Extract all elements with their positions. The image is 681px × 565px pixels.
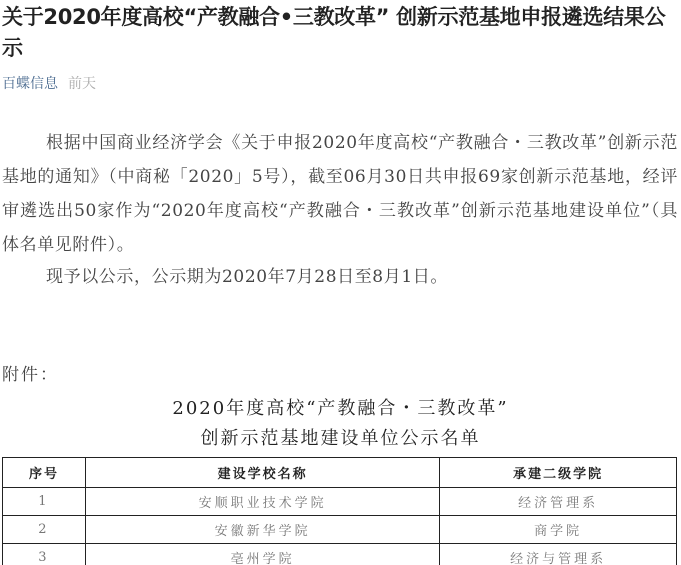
article-title: 关于2020年度高校“产教融合•三教改革” 创新示范基地申报遴选结果公示: [2, 2, 681, 64]
cell-school: 安徽新华学院: [85, 516, 439, 544]
cell-school: 安顺职业技术学院: [85, 488, 439, 516]
cell-college: 商学院: [440, 516, 677, 544]
roster-table: 序号 建设学校名称 承建二级学院 1 安顺职业技术学院 经济管理系 2 安徽新华…: [2, 457, 677, 565]
article-paragraph: 根据中国商业经济学会《关于申报2020年度高校“产教融合・三教改革”创新示范基地…: [2, 126, 678, 262]
column-header-college: 承建二级学院: [440, 458, 677, 488]
table-row: 1 安顺职业技术学院 经济管理系: [3, 488, 677, 516]
column-header-index: 序号: [3, 458, 86, 488]
article-paragraph: 现予以公示，公示期为2020年7月28日至8月1日。: [2, 260, 678, 294]
article-time: 前天: [68, 76, 96, 92]
table-row: 3 亳州学院 经济与管理系: [3, 544, 677, 565]
attachment-title-line2: 创新示范基地建设单位公示名单: [0, 424, 681, 454]
column-header-school: 建设学校名称: [85, 458, 439, 488]
cell-school: 亳州学院: [85, 544, 439, 565]
cell-index: 2: [3, 516, 86, 544]
table-row: 2 安徽新华学院 商学院: [3, 516, 677, 544]
cell-college: 经济与管理系: [440, 544, 677, 565]
cell-index: 3: [3, 544, 86, 565]
article-meta: 百蝶信息前天: [2, 74, 96, 94]
attachment-label: 附件：: [2, 360, 59, 390]
attachment-title-line1: 2020年度高校“产教融合・三教改革”: [0, 394, 681, 424]
cell-college: 经济管理系: [440, 488, 677, 516]
article-source-link[interactable]: 百蝶信息: [2, 76, 58, 92]
cell-index: 1: [3, 488, 86, 516]
table-header-row: 序号 建设学校名称 承建二级学院: [3, 458, 677, 488]
